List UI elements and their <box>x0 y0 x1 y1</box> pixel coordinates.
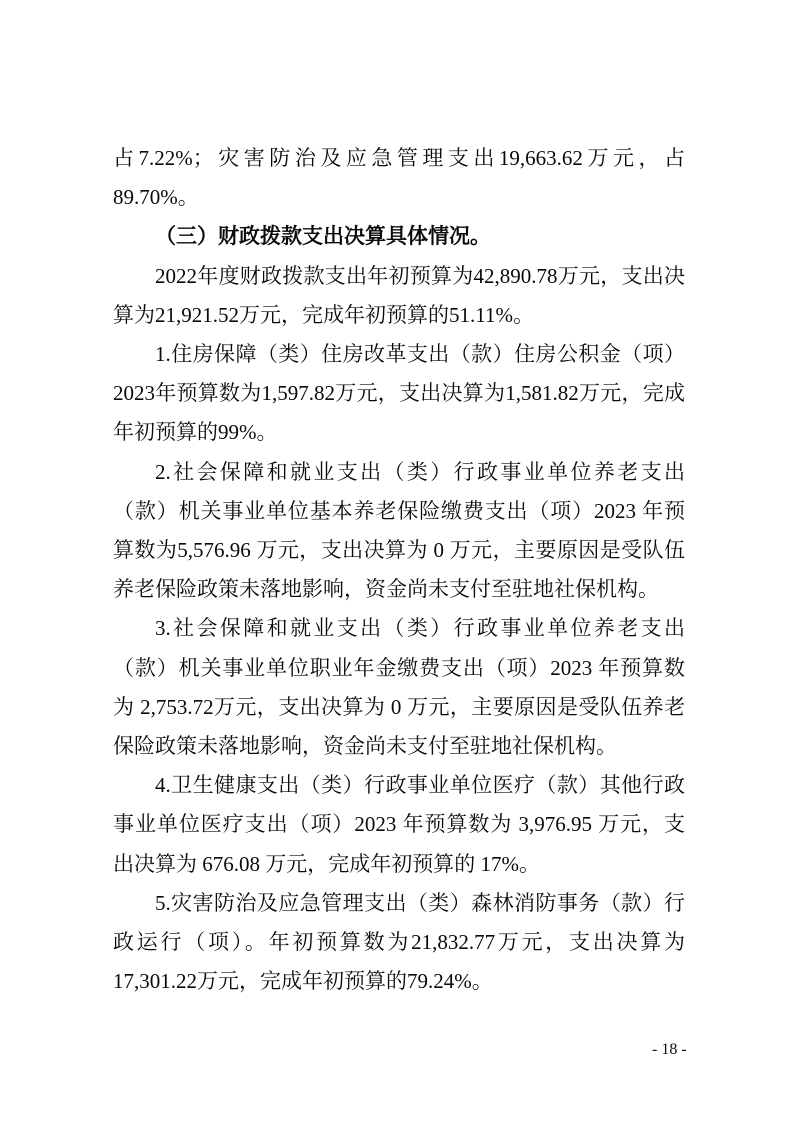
document-body: 占7.22%；灾害防治及应急管理支出19,663.62万元，占89.70%。 （… <box>113 139 685 1001</box>
paragraph-item-health: 4.卫生健康支出（类）行政事业单位医疗（款）其他行政事业单位医疗支出（项）202… <box>113 766 685 884</box>
page-number: - 18 - <box>652 1039 687 1061</box>
paragraph-item-pension-basic: 2.社会保障和就业支出（类）行政事业单位养老支出（款）机关事业单位基本养老保险缴… <box>113 453 685 610</box>
paragraph-item-housing: 1.住房保障（类）住房改革支出（款）住房公积金（项）2023年预算数为1,597… <box>113 335 685 453</box>
document-page: 占7.22%；灾害防治及应急管理支出19,663.62万元，占89.70%。 （… <box>0 0 793 1122</box>
section-heading: （三）财政拨款支出决算具体情况。 <box>113 217 685 256</box>
paragraph-item-disaster: 5.灾害防治及应急管理支出（类）森林消防事务（款）行政运行（项）。年初预算数为2… <box>113 884 685 1002</box>
paragraph-item-pension-annuity: 3.社会保障和就业支出（类）行政事业单位养老支出（款）机关事业单位职业年金缴费支… <box>113 609 685 766</box>
paragraph-continuation: 占7.22%；灾害防治及应急管理支出19,663.62万元，占89.70%。 <box>113 139 685 217</box>
paragraph-budget-overview: 2022年度财政拨款支出年初预算为42,890.78万元，支出决算为21,921… <box>113 257 685 335</box>
